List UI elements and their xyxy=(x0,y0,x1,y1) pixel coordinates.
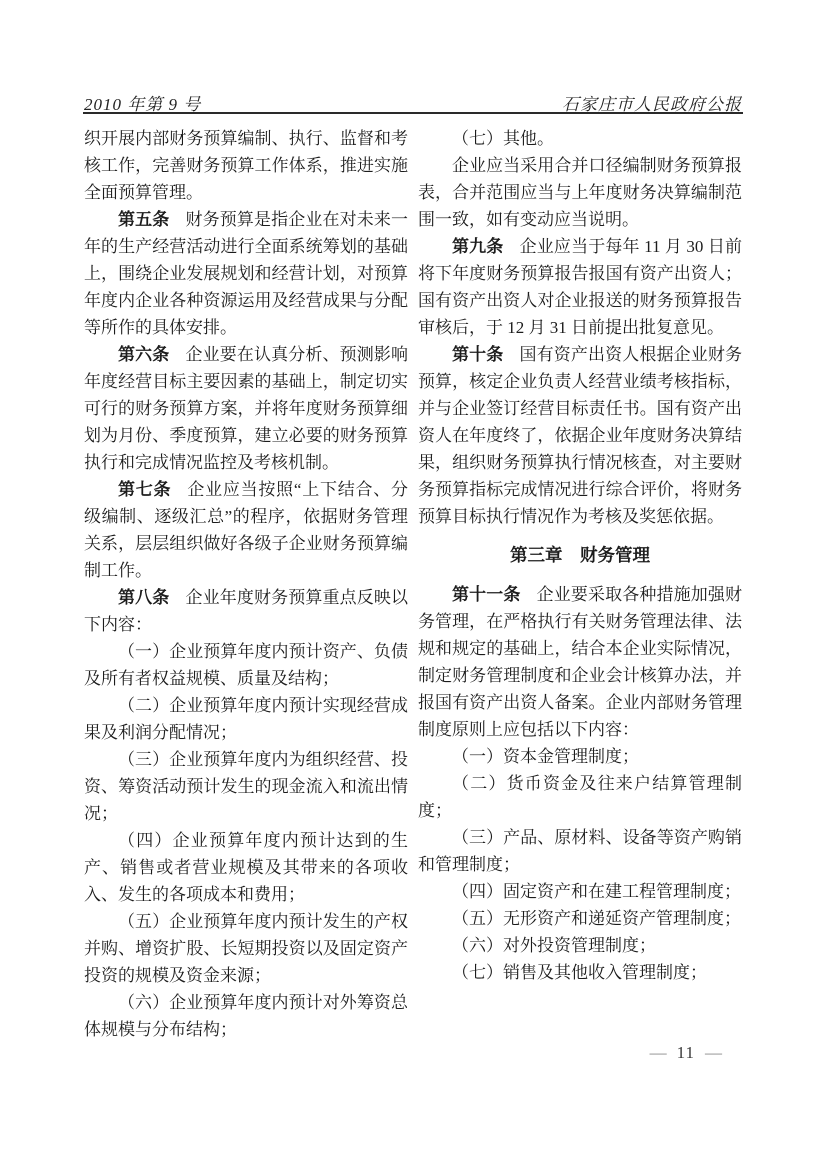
header-rule xyxy=(83,112,743,114)
article-number: 第十一条 xyxy=(452,585,521,604)
paragraph: 企业应当采用合并口径编制财务预算报表，合并范围应当与上年度财务决算编制范围一致，… xyxy=(418,152,742,233)
footer-dash-right: — xyxy=(705,1042,722,1064)
paragraph: 第七条企业应当按照“上下结合、分级编制、逐级汇总”的程序，依据财务管理关系，层层… xyxy=(84,476,408,584)
article-number: 第八条 xyxy=(118,588,169,607)
paragraph: （四）固定资产和在建工程管理制度； xyxy=(418,878,742,905)
paragraph: 第十一条企业要采取各种措施加强财务管理，在严格执行有关财务管理法律、法规和规定的… xyxy=(418,581,742,743)
article-number: 第五条 xyxy=(118,210,169,229)
paragraph: 第十条国有资产出资人根据企业财务预算，核定企业负责人经营业绩考核指标，并与企业签… xyxy=(418,341,742,530)
paragraph: 第八条企业年度财务预算重点反映以下内容： xyxy=(84,584,408,638)
paragraph: （六）对外投资管理制度； xyxy=(418,932,742,959)
paragraph: （六）企业预算年度内预计对外筹资总体规模与分布结构； xyxy=(84,989,408,1043)
footer-dash-left: — xyxy=(650,1042,667,1064)
article-number: 第十条 xyxy=(452,345,503,364)
paragraph: （一）资本金管理制度； xyxy=(418,743,742,770)
article-number: 第七条 xyxy=(118,480,171,499)
paragraph: 第六条企业要在认真分析、预测影响年度经营目标主要因素的基础上，制定切实可行的财务… xyxy=(84,341,408,476)
paragraph: （七）其他。 xyxy=(418,125,742,152)
footer-page-number: 11 xyxy=(677,1042,695,1064)
paragraph: （七）销售及其他收入管理制度； xyxy=(418,959,742,986)
paragraph: （三）产品、原材料、设备等资产购销和管理制度； xyxy=(418,824,742,878)
paragraph: （四）企业预算年度内预计达到的生产、销售或者营业规模及其带来的各项收入、发生的各… xyxy=(84,827,408,908)
paragraph: 第九条企业应当于每年 11 月 30 日前将下年度财务预算报告报国有资产出资人；… xyxy=(418,233,742,341)
paragraph: 第五条财务预算是指企业在对未来一年的生产经营活动进行全面系统筹划的基础上，围绕企… xyxy=(84,206,408,341)
article-number: 第六条 xyxy=(118,345,169,364)
paragraph: （一）企业预算年度内预计资产、负债及所有者权益规模、质量及结构； xyxy=(84,638,408,692)
right-column: （七）其他。企业应当采用合并口径编制财务预算报表，合并范围应当与上年度财务决算编… xyxy=(418,125,742,1043)
paragraph: （五）无形资产和递延资产管理制度； xyxy=(418,905,742,932)
article-number: 第九条 xyxy=(452,237,503,256)
paragraph: 织开展内部财务预算编制、执行、监督和考核工作，完善财务预算工作体系，推进实施全面… xyxy=(84,125,408,206)
gazette-page: 2010 年第 9 号 石家庄市人民政府公报 织开展内部财务预算编制、执行、监督… xyxy=(0,0,826,1169)
paragraph: （五）企业预算年度内预计发生的产权并购、增资扩股、长短期投资以及固定资产投资的规… xyxy=(84,908,408,989)
chapter-heading: 第三章 财务管理 xyxy=(418,542,742,569)
page-footer: — 11 — xyxy=(650,1042,722,1064)
paragraph: （二）货币资金及往来户结算管理制度； xyxy=(418,770,742,824)
paragraph: （三）企业预算年度内为组织经营、投资、筹资活动预计发生的现金流入和流出情况； xyxy=(84,746,408,827)
left-column: 织开展内部财务预算编制、执行、监督和考核工作，完善财务预算工作体系，推进实施全面… xyxy=(84,125,408,1043)
page-body: 织开展内部财务预算编制、执行、监督和考核工作，完善财务预算工作体系，推进实施全面… xyxy=(84,125,742,1043)
paragraph: （二）企业预算年度内预计实现经营成果及利润分配情况； xyxy=(84,692,408,746)
